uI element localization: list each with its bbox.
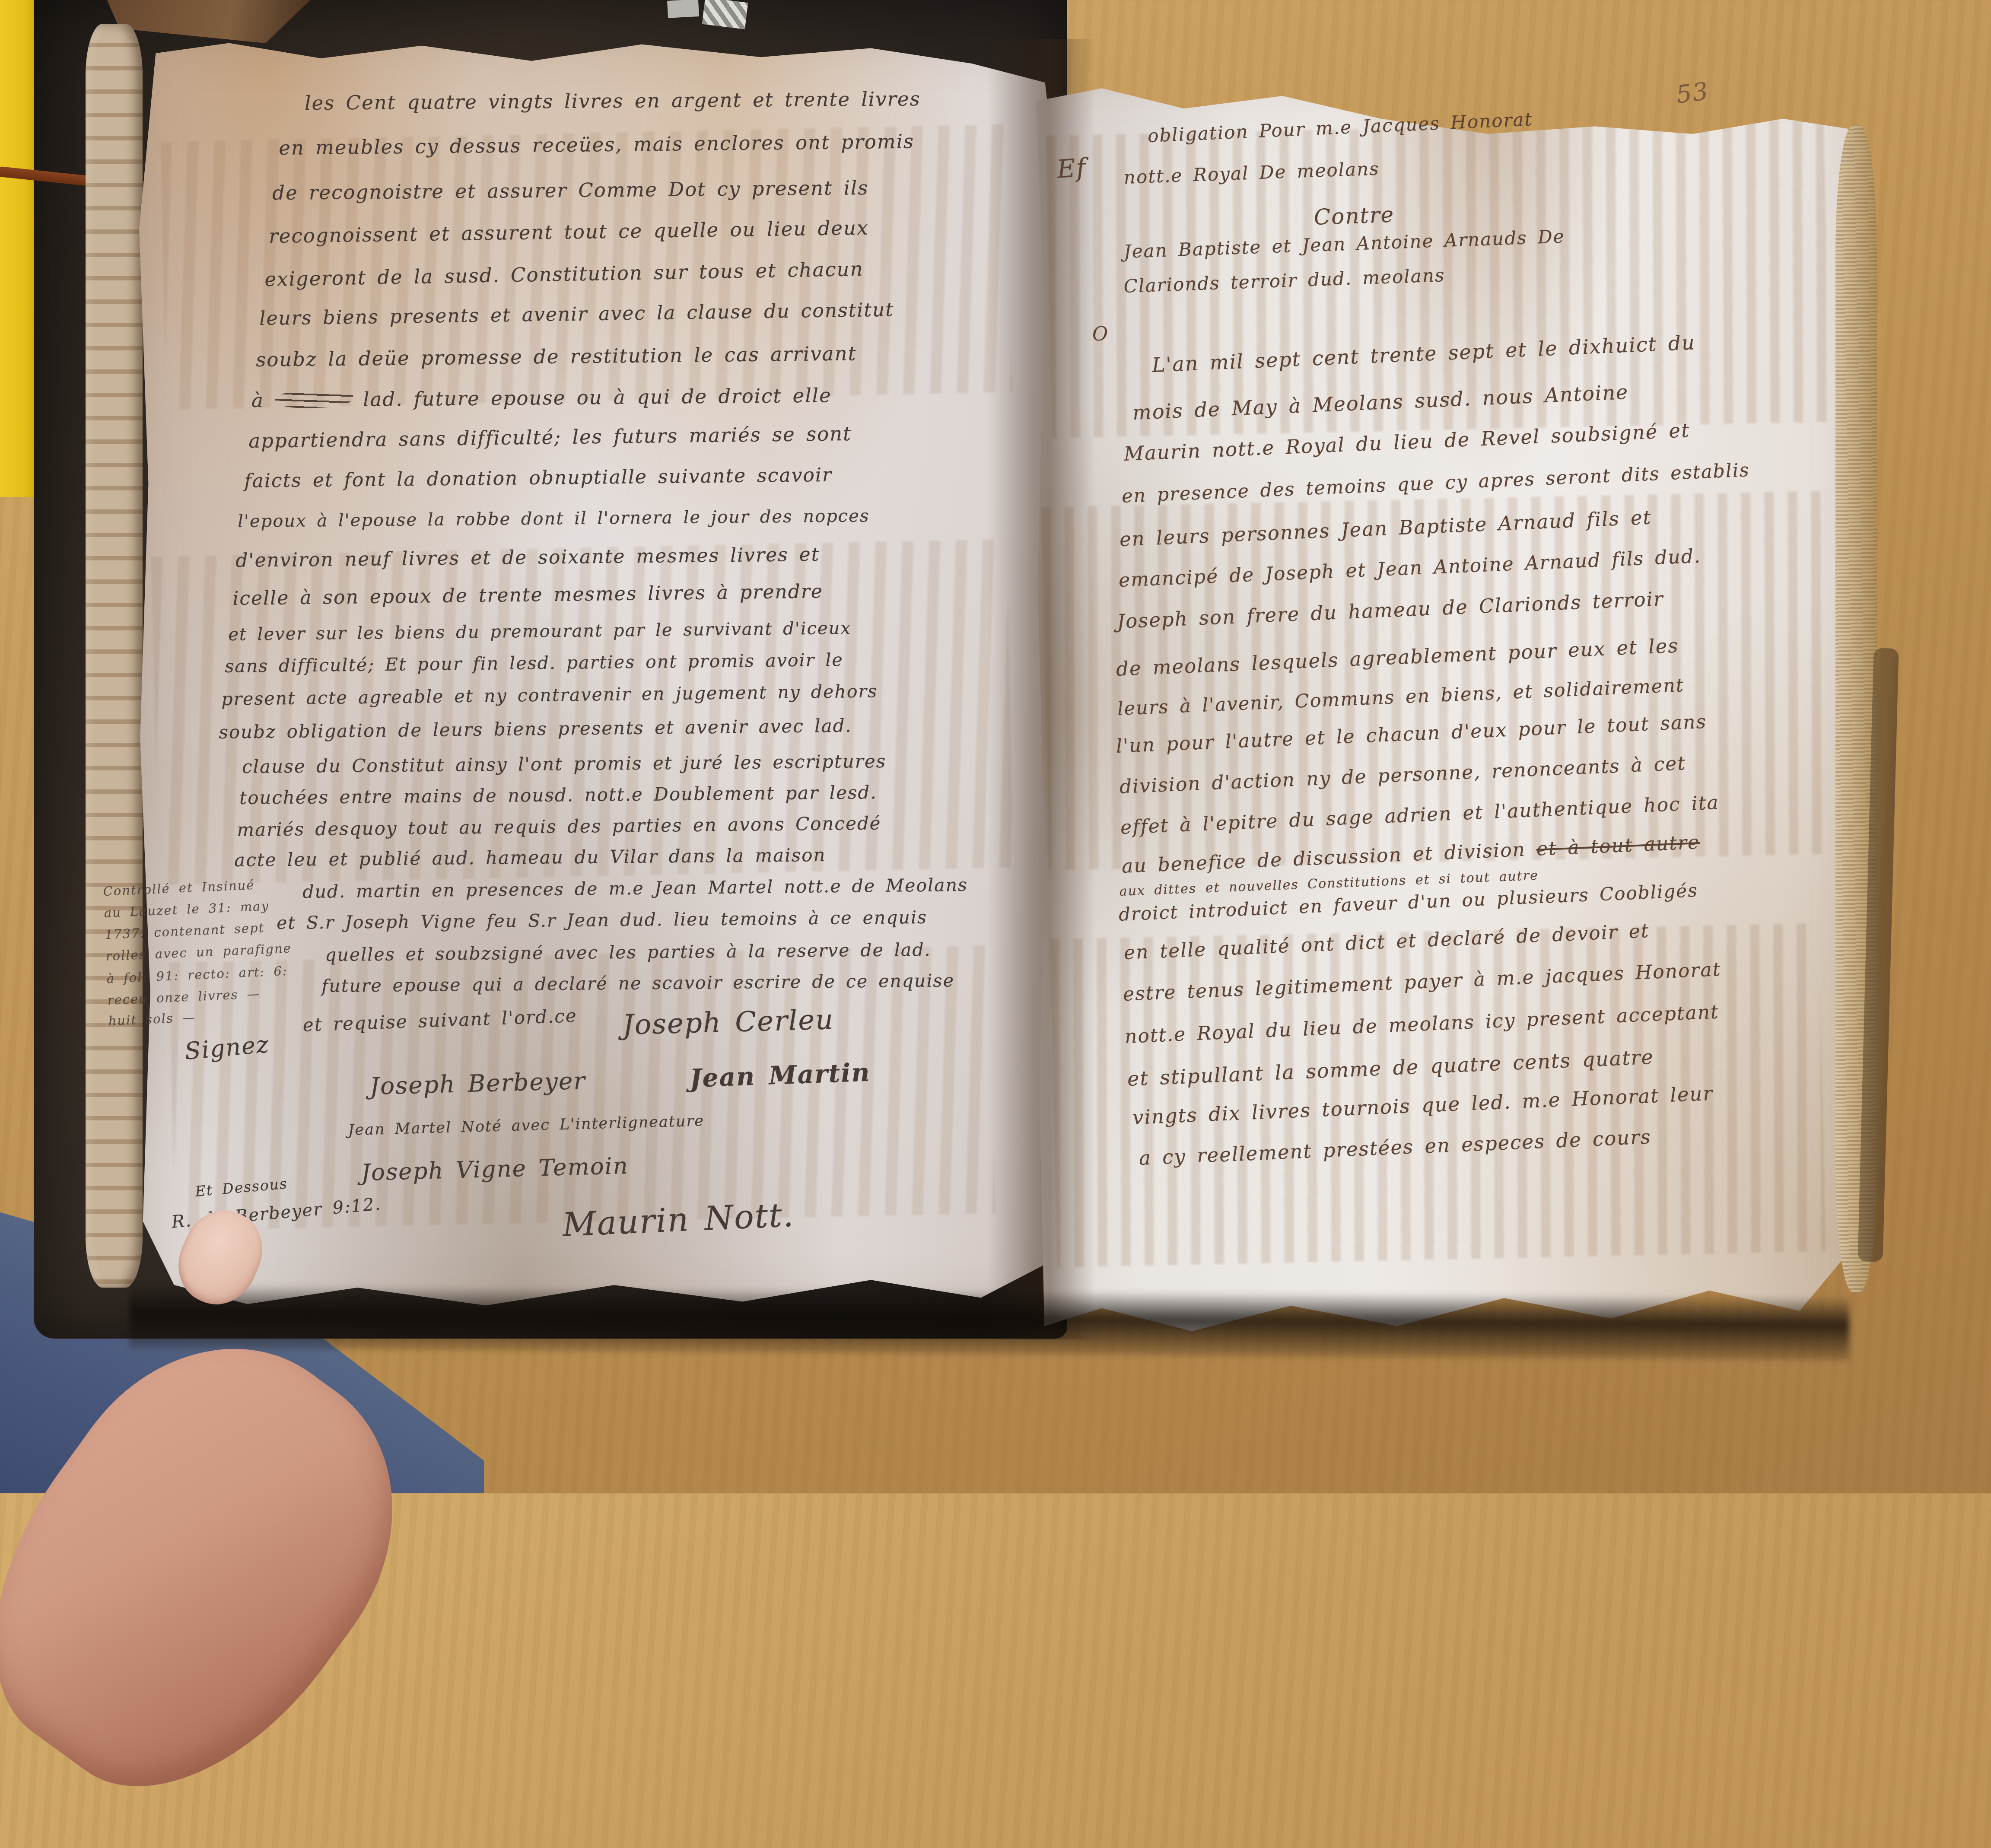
act-title-line: Clarionds terroir dud. meolans xyxy=(1123,264,1445,297)
manuscript-line: future epouse qui a declaré ne scavoir e… xyxy=(321,970,954,996)
manuscript-line: leurs à l'avenir, Communs en biens, et s… xyxy=(1117,674,1685,720)
act-title-line: Contre xyxy=(1314,202,1395,230)
margin-note-line: huit sols — xyxy=(108,1010,196,1028)
photo-open-notarial-register: 53 les Cent quatre vingts livres en arge… xyxy=(0,0,1991,1493)
manuscript-line: vingts dix livres tournois que led. m.e … xyxy=(1132,1082,1714,1129)
manuscript-line: en telle qualité ont dict et declaré de … xyxy=(1123,920,1650,964)
manuscript-line: et lever sur les biens du premourant par… xyxy=(228,618,851,645)
manuscript-line: d'environ neuf livres et de soixante mes… xyxy=(235,544,820,572)
act-title-line: Jean Baptiste et Jean Antoine Arnauds De xyxy=(1123,226,1565,262)
signature: Joseph Berbeyer xyxy=(369,1067,586,1100)
register-mark: Ef xyxy=(1056,153,1087,184)
manuscript-line: acte leu et publié aud. hameau du Vilar … xyxy=(234,844,826,871)
manuscript-line: en presence des temoins que cy apres ser… xyxy=(1121,459,1750,507)
manuscript-line: en leurs personnes Jean Baptiste Arnaud … xyxy=(1119,506,1652,551)
signature: Jean Martin xyxy=(689,1057,871,1093)
signature: Joseph Cerleu xyxy=(622,1004,834,1041)
paragraph-mark: O xyxy=(1092,323,1109,345)
bottom-note-line: Et Dessous xyxy=(194,1175,288,1200)
manuscript-line: leurs biens presents et avenir avec la c… xyxy=(259,299,894,330)
manuscript-line: soubz la deüe promesse de restitution le… xyxy=(256,342,857,371)
margin-note-line: à fol: 91: recto: art: 6: xyxy=(106,964,288,986)
manuscript-line: les Cent quatre vingts livres en argent … xyxy=(305,87,921,115)
struck-out-word xyxy=(274,388,353,409)
manuscript-line: present acte agreable et ny contravenir … xyxy=(221,681,878,709)
margin-note-line: Controllé et Insinué xyxy=(103,878,255,899)
manuscript-line: mariés desquoy tout au requis des partie… xyxy=(237,812,881,840)
manuscript-line: soubz obligation de leurs biens presents… xyxy=(219,715,852,743)
manuscript-line: touchées entre mains de nousd. nott.e Do… xyxy=(239,782,877,808)
manuscript-line: a cy reellement prestées en especes de c… xyxy=(1139,1125,1652,1170)
signature: Jean Martel Noté avec L'interligneature xyxy=(348,1112,704,1139)
manuscript-line: de meolans lesquels agreablement pour eu… xyxy=(1116,634,1679,681)
manuscript-line: icelle à son epoux de trente mesmes livr… xyxy=(232,580,823,610)
manuscript-line: exigeront de la susd. Constitution sur t… xyxy=(264,258,864,291)
manuscript-line: en meubles cy dessus receües, mais enclo… xyxy=(279,130,914,159)
act-title-line: obligation Pour m.e Jacques Honorat xyxy=(1147,108,1533,146)
manuscript-line: et stipullant la somme de quatre cents q… xyxy=(1127,1045,1654,1091)
manuscript-line: L'an mil sept cent trente sept et le dix… xyxy=(1151,331,1696,377)
manuscript-line: estre tenus legitimement payer à m.e jac… xyxy=(1123,958,1721,1005)
manuscript-line: quelles et soubzsigné avec les parties à… xyxy=(325,939,931,965)
manuscript-line: clause du Constitut ainsy l'ont promis e… xyxy=(242,751,886,777)
text-layer: 53 les Cent quatre vingts livres en arge… xyxy=(0,0,1991,1493)
manuscript-line: sans difficulté; Et pour fin lesd. parti… xyxy=(225,649,843,677)
manuscript-line: l'epoux à l'epouse la robbe dont il l'or… xyxy=(238,506,870,531)
manuscript-line: recognoissent et assurent tout ce quelle… xyxy=(269,216,869,248)
manuscript-line: Maurin nott.e Royal du lieu de Revel sou… xyxy=(1123,419,1690,465)
margin-note-line: au Lauzet le 31: may xyxy=(104,898,270,920)
notary-signature: Maurin Nott. xyxy=(562,1196,795,1244)
struck-text: et à tout autre xyxy=(1536,831,1700,860)
manuscript-line: lad. future epouse ou à qui de droict el… xyxy=(363,384,832,411)
manuscript-line: Joseph son frere du hameau de Clarionds … xyxy=(1116,587,1664,633)
margin-note-line: receu onze livres — xyxy=(107,986,261,1008)
margin-note-line: 1737: contenant sept xyxy=(105,920,265,942)
manuscript-line: division d'action ny de personne, renonc… xyxy=(1119,752,1686,798)
page-number: 53 xyxy=(1675,77,1711,109)
manuscript-line: l'un pour l'autre et le chacun d'eux pou… xyxy=(1116,711,1707,757)
manuscript-line-with-strike: au benefice de discussion et division et… xyxy=(1121,831,1700,878)
margin-note-line: rolles avec un parafigne xyxy=(105,941,292,964)
manuscript-line: faicts et font la donation obnuptialle s… xyxy=(244,464,832,492)
manuscript-line: dud. martin en presences de m.e Jean Mar… xyxy=(302,875,968,902)
signature: Joseph Vigne Temoin xyxy=(361,1153,629,1186)
manuscript-line: appartiendra sans difficulté; les futurs… xyxy=(248,422,852,452)
manuscript-line: effet à l'epitre du sage adrien et l'aut… xyxy=(1120,792,1720,839)
struck-word-prefix: à xyxy=(251,389,264,412)
manuscript-line: nott.e Royal du lieu de meolans icy pres… xyxy=(1124,1001,1720,1048)
act-title-line: nott.e Royal De meolans xyxy=(1123,158,1380,188)
manuscript-line: et S.r Joseph Vigne feu S.r Jean dud. li… xyxy=(277,907,927,933)
manuscript-line: mois de May à Meolans susd. nous Antoine xyxy=(1132,380,1629,424)
manuscript-line: et requise suivant l'ord.ce xyxy=(302,1005,578,1036)
manuscript-line: de recognoistre et assurer Comme Dot cy … xyxy=(272,176,869,204)
manuscript-line: emancipé de Joseph et Jean Antoine Arnau… xyxy=(1118,545,1702,592)
margin-signature: Signez xyxy=(184,1031,270,1065)
